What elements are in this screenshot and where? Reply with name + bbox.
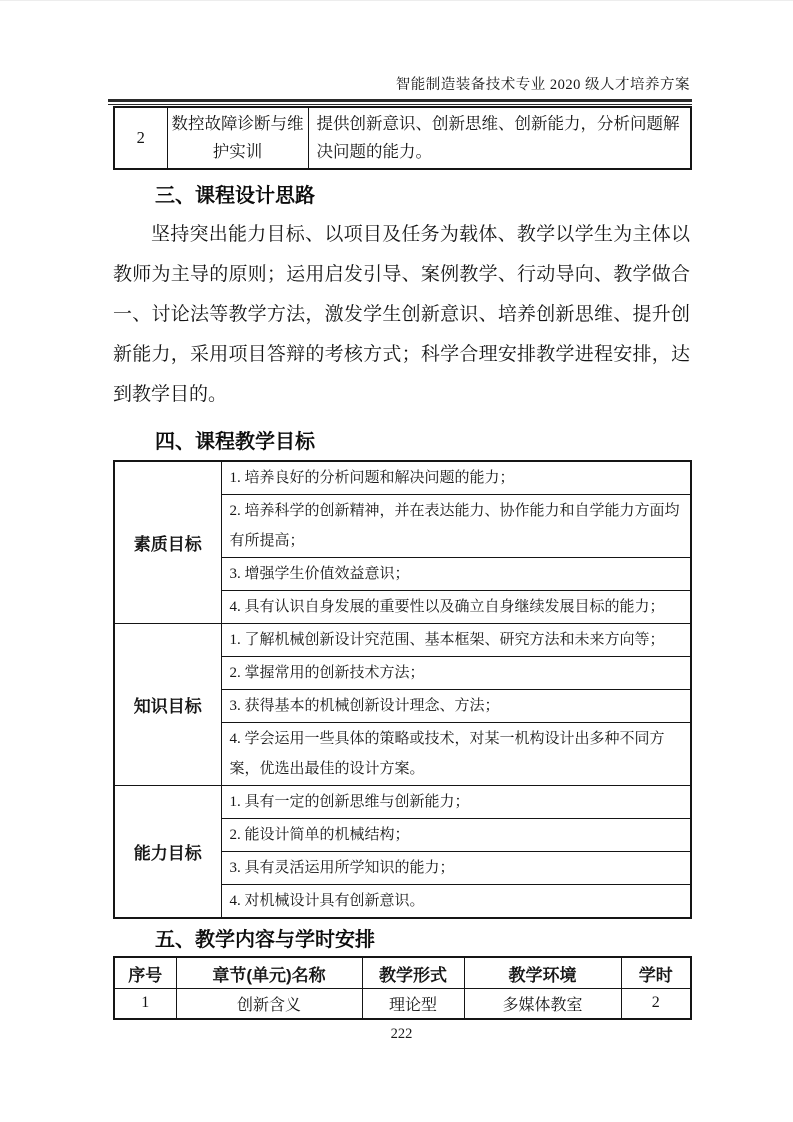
cell-index: 1 [114, 989, 176, 1019]
table-row: 素质目标 1. 培养良好的分析问题和解决问题的能力； [114, 461, 691, 495]
section-3-paragraph: 坚持突出能力目标、以项目及任务为载体、教学以学生为主体以教师为主导的原则；运用启… [113, 215, 690, 415]
section-heading-3: 三、课程设计思路 [155, 183, 690, 209]
table-row: 2 数控故障诊断与维护实训 提供创新意识、创新思维、创新能力，分析问题解决问题的… [114, 107, 691, 169]
goal-item: 2. 培养科学的创新精神，并在表达能力、协作能力和自学能力方面均有所提高； [221, 495, 691, 558]
section-heading-4: 四、课程教学目标 [155, 429, 690, 455]
page-number: 222 [113, 1026, 690, 1043]
section-heading-5: 五、教学内容与学时安排 [155, 927, 690, 953]
cell-environment: 多媒体教室 [464, 989, 621, 1019]
goal-category-quality: 素质目标 [114, 461, 221, 624]
course-index-cell: 2 [114, 107, 167, 169]
document-page: 智能制造装备技术专业 2020 级人才培养方案 2 数控故障诊断与维护实训 提供… [0, 0, 793, 1122]
goal-item: 2. 能设计简单的机械结构； [221, 819, 691, 852]
col-header-environment: 教学环境 [464, 957, 621, 989]
goal-item: 2. 掌握常用的创新技术方法； [221, 657, 691, 690]
teaching-goals-table: 素质目标 1. 培养良好的分析问题和解决问题的能力； 2. 培养科学的创新精神，… [113, 460, 692, 919]
cell-hours: 2 [621, 989, 691, 1019]
table-row: 1 创新含义 理论型 多媒体教室 2 [114, 989, 691, 1019]
col-header-form: 教学形式 [362, 957, 464, 989]
table-row: 能力目标 1. 具有一定的创新思维与创新能力； [114, 786, 691, 819]
table-header-row: 序号 章节(单元)名称 教学形式 教学环境 学时 [114, 957, 691, 989]
goal-item: 3. 增强学生价值效益意识； [221, 558, 691, 591]
goal-item: 3. 具有灵活运用所学知识的能力； [221, 852, 691, 885]
course-name-cell: 数控故障诊断与维护实训 [167, 107, 308, 169]
schedule-table: 序号 章节(单元)名称 教学形式 教学环境 学时 1 创新含义 理论型 多媒体教… [113, 956, 692, 1020]
goal-category-knowledge: 知识目标 [114, 624, 221, 786]
header-rule-divider [108, 99, 692, 105]
goal-item: 3. 获得基本的机械创新设计理念、方法； [221, 690, 691, 723]
table-row: 知识目标 1. 了解机械创新设计究范围、基本框架、研究方法和未来方向等； [114, 624, 691, 657]
course-continuation-table: 2 数控故障诊断与维护实训 提供创新意识、创新思维、创新能力，分析问题解决问题的… [113, 106, 692, 170]
col-header-index: 序号 [114, 957, 176, 989]
goal-item: 1. 培养良好的分析问题和解决问题的能力； [221, 461, 691, 495]
goal-item: 4. 学会运用一些具体的策略或技术，对某一机构设计出多种不同方案，优选出最佳的设… [221, 723, 691, 786]
goal-category-ability: 能力目标 [114, 786, 221, 919]
goal-item: 1. 了解机械创新设计究范围、基本框架、研究方法和未来方向等； [221, 624, 691, 657]
course-description-cell: 提供创新意识、创新思维、创新能力，分析问题解决问题的能力。 [308, 107, 691, 169]
goal-item: 4. 具有认识自身发展的重要性以及确立自身继续发展目标的能力； [221, 591, 691, 624]
col-header-hours: 学时 [621, 957, 691, 989]
cell-form: 理论型 [362, 989, 464, 1019]
page-content: 智能制造装备技术专业 2020 级人才培养方案 2 数控故障诊断与维护实训 提供… [113, 71, 690, 1043]
col-header-chapter: 章节(单元)名称 [176, 957, 362, 989]
goal-item: 1. 具有一定的创新思维与创新能力； [221, 786, 691, 819]
running-header: 智能制造装备技术专业 2020 级人才培养方案 [113, 74, 690, 97]
cell-chapter: 创新含义 [176, 989, 362, 1019]
goal-item: 4. 对机械设计具有创新意识。 [221, 885, 691, 919]
